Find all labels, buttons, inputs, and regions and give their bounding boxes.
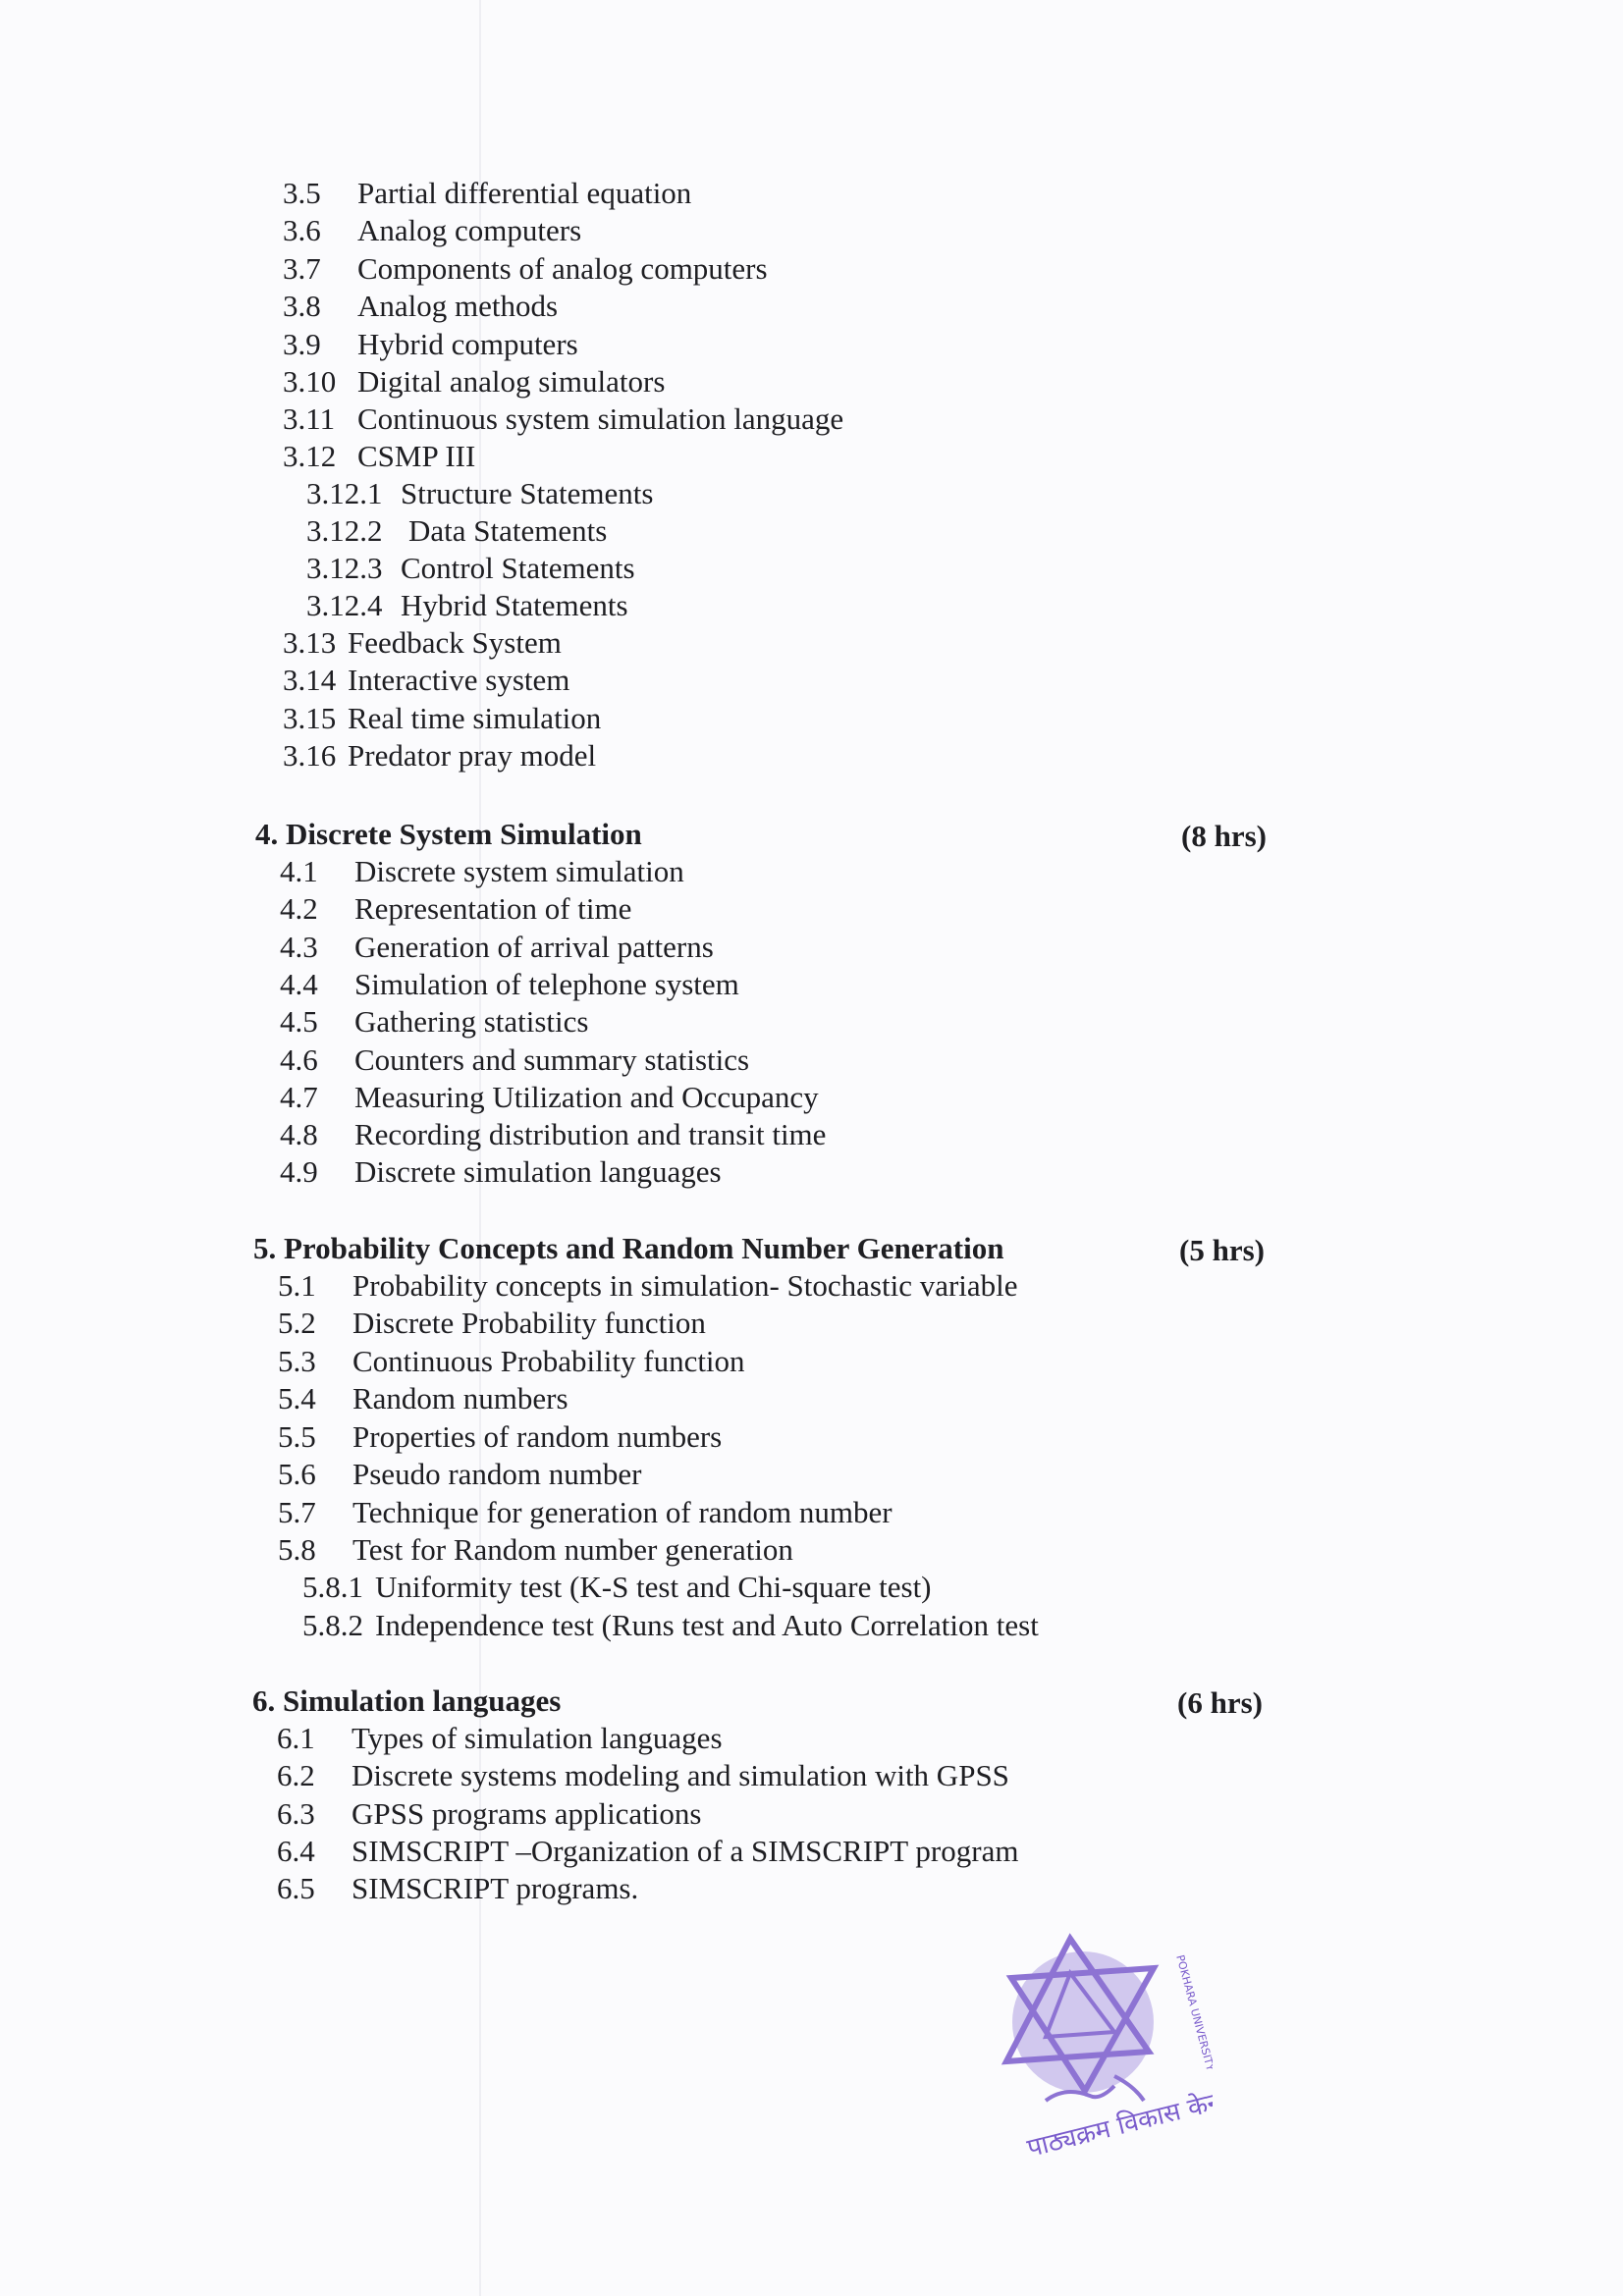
- list-item: 6.1Types of simulation languages: [277, 1720, 723, 1757]
- list-item: 3.14Interactive system: [283, 662, 569, 699]
- list-item: 3.10Digital analog simulators: [283, 363, 665, 400]
- list-item: 3.12.4Hybrid Statements: [306, 587, 628, 624]
- list-item: 5.8.2Independence test (Runs test and Au…: [302, 1607, 1039, 1644]
- list-item: 5.7Technique for generation of random nu…: [278, 1494, 893, 1531]
- list-item: 3.12CSMP III: [283, 438, 475, 475]
- list-item: 5.2Discrete Probability function: [278, 1305, 706, 1342]
- section-hours: (8 hrs): [1181, 819, 1267, 854]
- list-item: 4.5Gathering statistics: [280, 1003, 588, 1041]
- section-heading: 6. Simulation languages: [252, 1682, 561, 1720]
- list-item: 3.15Real time simulation: [283, 700, 601, 737]
- list-item: 5.4Random numbers: [278, 1380, 568, 1417]
- list-item: 3.8Analog methods: [283, 288, 558, 325]
- list-item: 3.7Components of analog computers: [283, 250, 768, 288]
- list-item: 4.1Discrete system simulation: [280, 853, 684, 890]
- list-item: 4.8Recording distribution and transit ti…: [280, 1116, 826, 1153]
- list-item: 3.12.2Data Statements: [306, 512, 607, 550]
- list-item: 4.6Counters and summary statistics: [280, 1041, 749, 1079]
- list-item: 5.8Test for Random number generation: [278, 1531, 793, 1569]
- list-item: 5.8.1Uniformity test (K-S test and Chi-s…: [302, 1569, 932, 1606]
- list-item: 3.11Continuous system simulation languag…: [283, 400, 843, 438]
- list-item: 4.4Simulation of telephone system: [280, 966, 739, 1003]
- list-item: 3.6Analog computers: [283, 212, 581, 249]
- list-item: 4.3Generation of arrival patterns: [280, 929, 714, 966]
- list-item: 3.9Hybrid computers: [283, 326, 578, 363]
- list-item: 6.5SIMSCRIPT programs.: [277, 1870, 638, 1907]
- list-item: 6.4SIMSCRIPT –Organization of a SIMSCRIP…: [277, 1833, 1018, 1870]
- svg-text:POKHARA UNIVERSITY: POKHARA UNIVERSITY: [1173, 1953, 1213, 2072]
- university-seal-stamp-icon: पाठ्यक्रम विकास केन्द्र POKHARA UNIVERSI…: [967, 1919, 1213, 2155]
- list-item: 4.9Discrete simulation languages: [280, 1153, 722, 1191]
- section-heading: 5. Probability Concepts and Random Numbe…: [253, 1230, 1003, 1267]
- list-item: 5.1Probability concepts in simulation- S…: [278, 1267, 1018, 1305]
- list-item: 4.7Measuring Utilization and Occupancy: [280, 1079, 819, 1116]
- list-item: 6.3GPSS programs applications: [277, 1795, 702, 1833]
- list-item: 3.5Partial differential equation: [283, 175, 691, 212]
- list-item: 3.13Feedback System: [283, 624, 562, 662]
- list-item: 3.16Predator pray model: [283, 737, 596, 774]
- section-hours: (6 hrs): [1177, 1685, 1263, 1721]
- list-item: 6.2Discrete systems modeling and simulat…: [277, 1757, 1009, 1794]
- list-item: 3.12.3Control Statements: [306, 550, 635, 587]
- section-hours: (5 hrs): [1179, 1233, 1265, 1268]
- list-item: 5.6Pseudo random number: [278, 1456, 641, 1493]
- list-item: 5.5Properties of random numbers: [278, 1418, 722, 1456]
- list-item: 5.3Continuous Probability function: [278, 1343, 745, 1380]
- section-heading: 4. Discrete System Simulation: [255, 816, 642, 853]
- list-item: 3.12.1Structure Statements: [306, 475, 653, 512]
- syllabus-page: 3.5Partial differential equation 3.6Anal…: [0, 0, 1623, 2296]
- list-item: 4.2Representation of time: [280, 890, 631, 928]
